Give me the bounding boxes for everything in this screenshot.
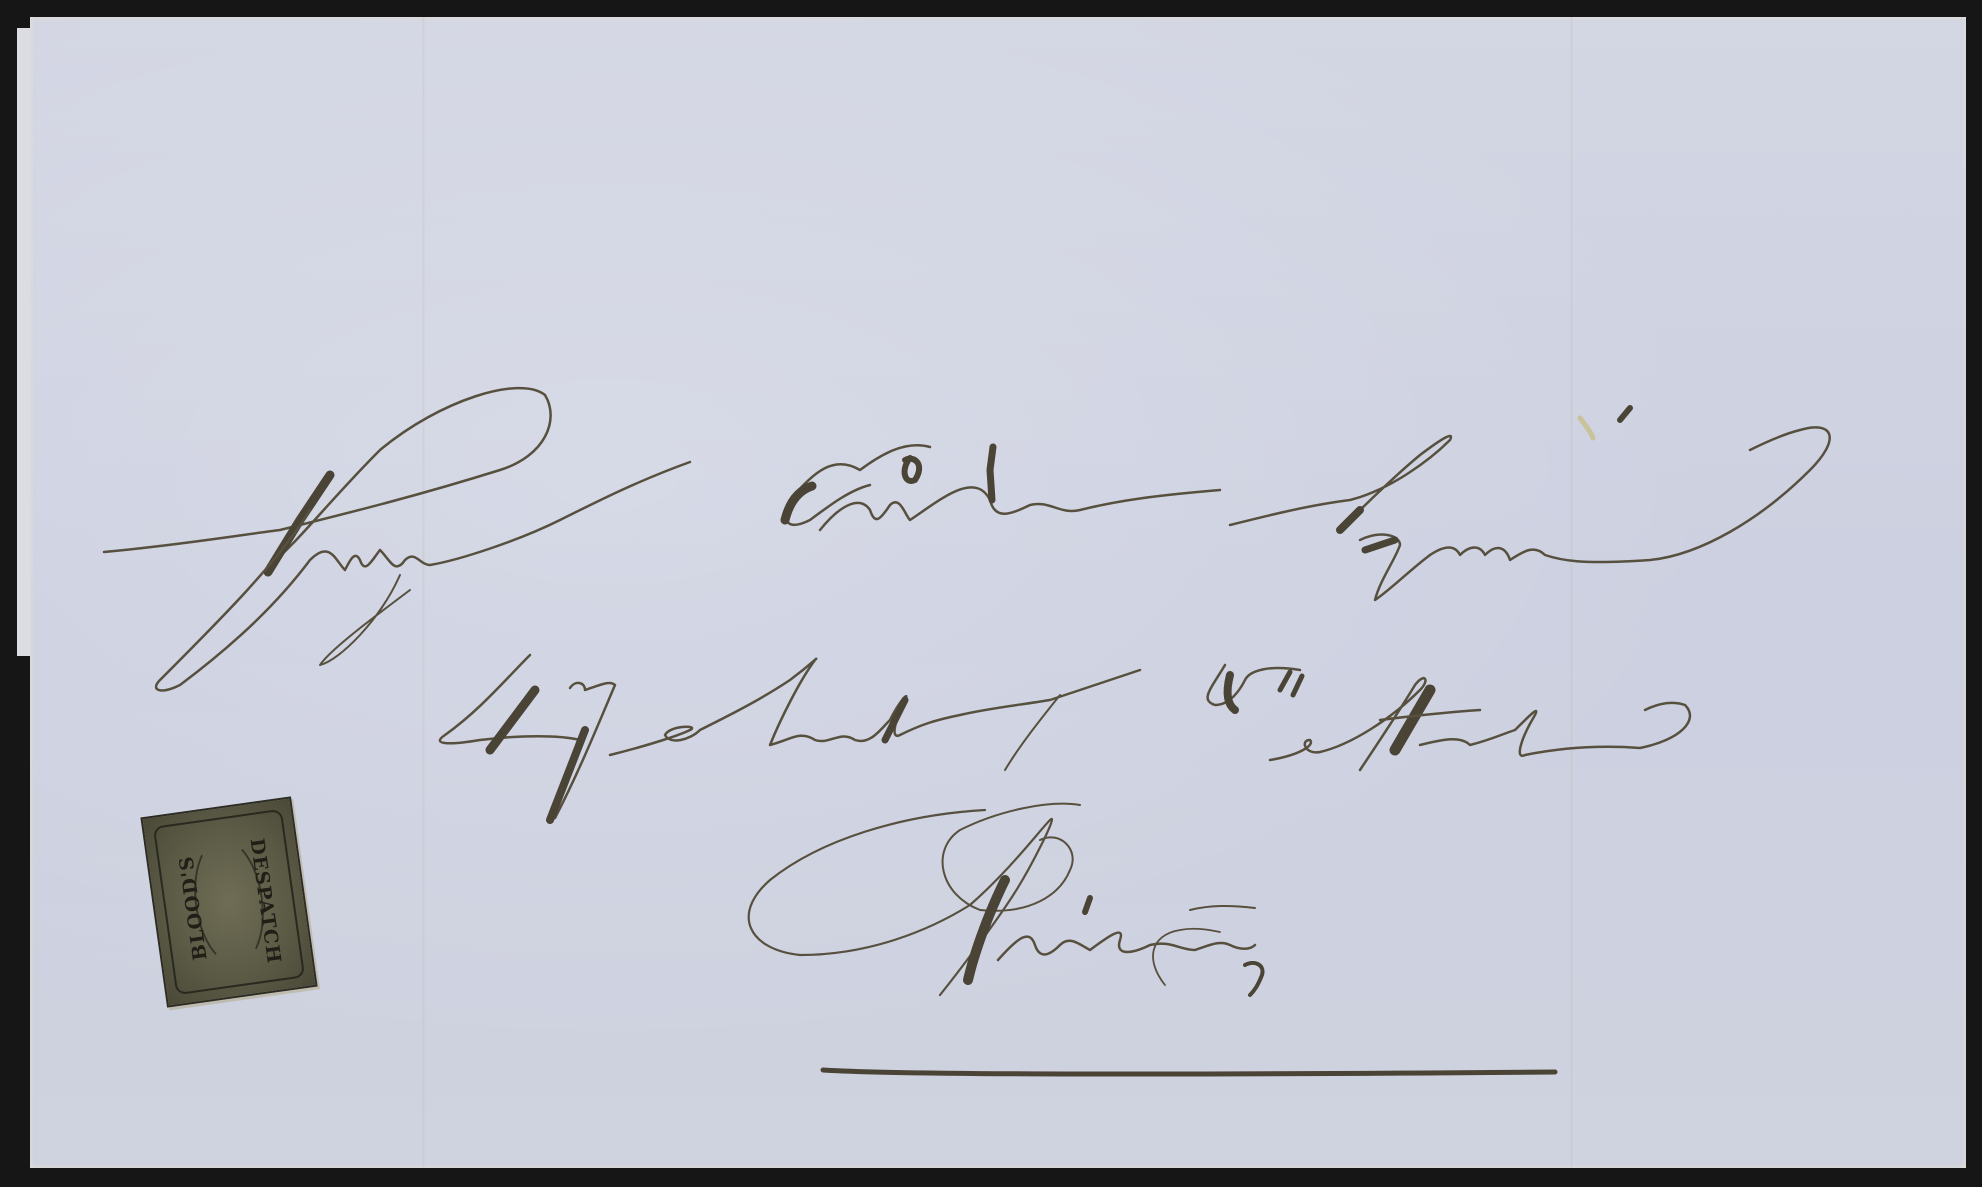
- address-line-1: George Emlen Esquire: [0, 0, 1, 1]
- letter-sheet: [30, 17, 1966, 1168]
- postage-stamp: BLOOD'S DESPATCH: [140, 796, 317, 1007]
- fold-line: [1570, 17, 1573, 1168]
- address-transcript: George Emlen Esquire 47 South 5th Street…: [0, 0, 1, 1]
- fold-line: [422, 17, 425, 1168]
